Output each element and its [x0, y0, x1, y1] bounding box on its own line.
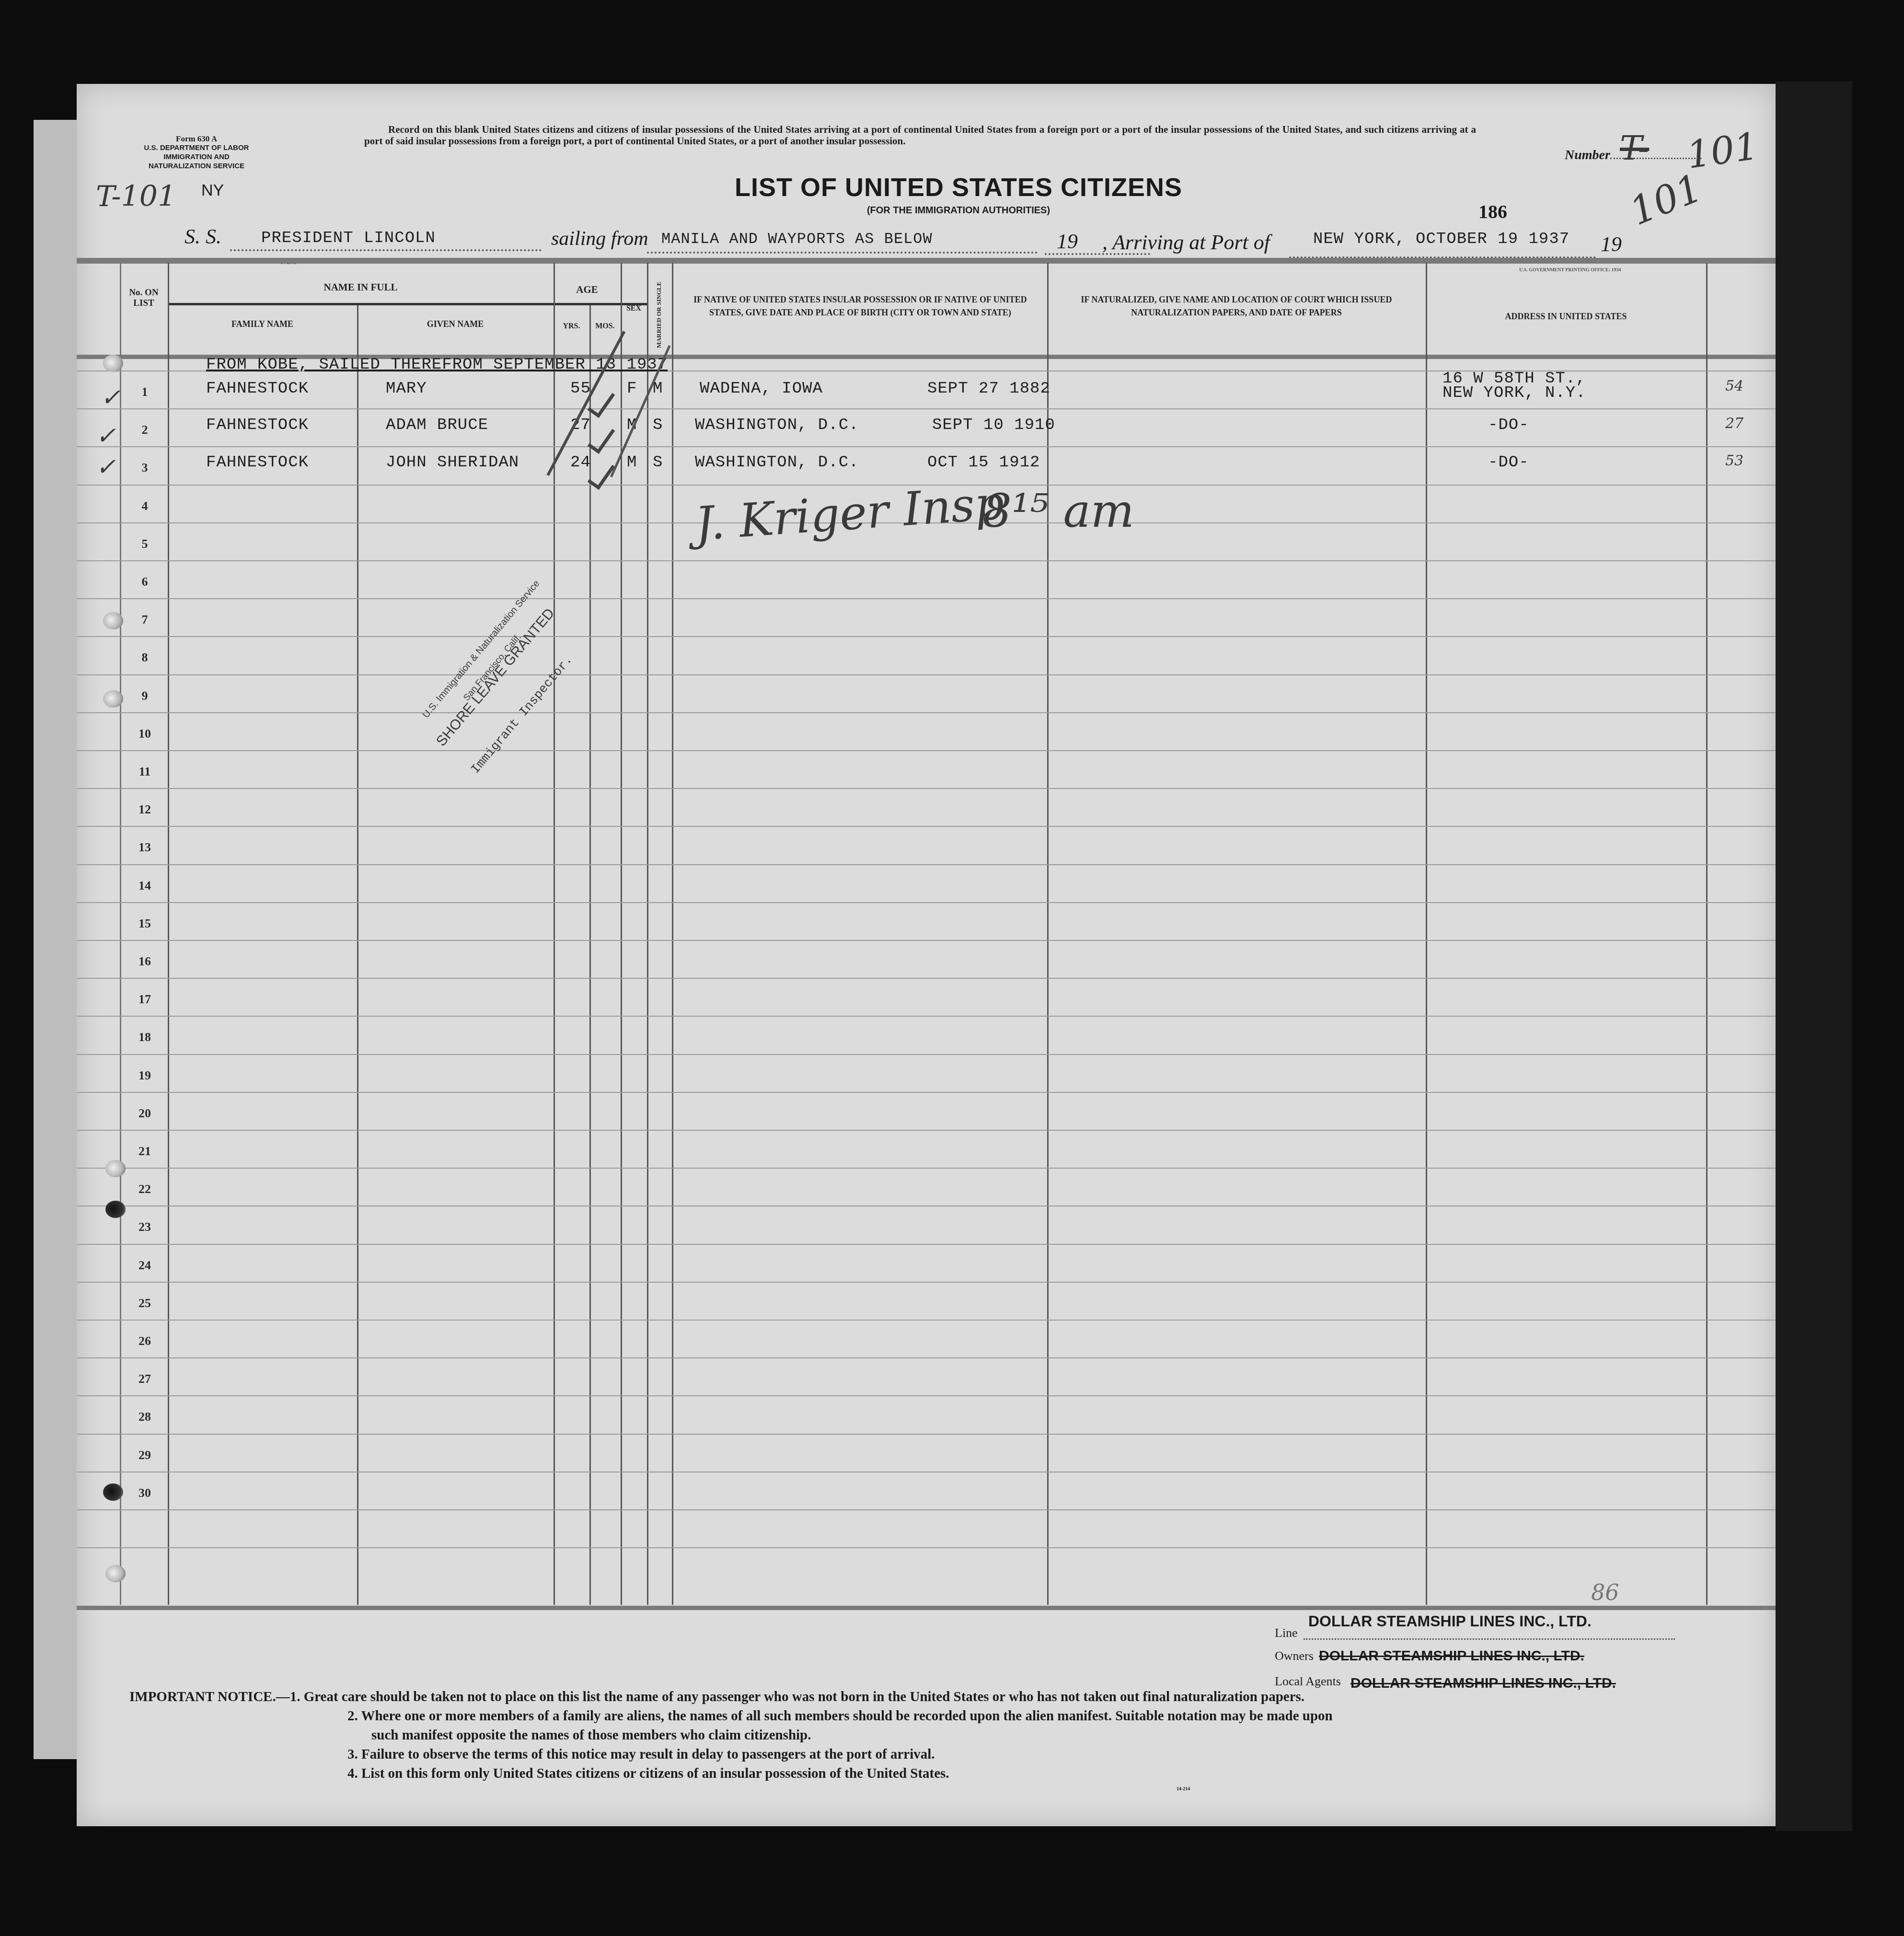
- punch-hole: [105, 1201, 126, 1218]
- notice-heading: IMPORTANT NOTICE.—1.: [129, 1689, 300, 1704]
- row-rule: [77, 1244, 1776, 1245]
- given-name: JOHN SHERIDAN: [386, 453, 519, 472]
- number-struck: T-: [1620, 128, 1649, 168]
- row-number: 16: [126, 954, 164, 969]
- row-number: 10: [126, 727, 164, 741]
- row-rule: [77, 1168, 1776, 1169]
- form-instructions: Record on this blank United States citiz…: [364, 124, 1476, 147]
- row-number: 11: [126, 765, 164, 779]
- row-number: 5: [126, 537, 164, 551]
- port-code: NY: [201, 181, 224, 200]
- margin-note: 54: [1725, 378, 1743, 394]
- row-rule: [77, 1092, 1776, 1093]
- row-number: 23: [126, 1220, 164, 1234]
- header-name-in-full: NAME IN FULL: [168, 280, 554, 294]
- row-number: 28: [126, 1410, 164, 1424]
- row-number: 25: [126, 1296, 164, 1310]
- header-naturalized: IF NATURALIZED, GIVE NAME AND LOCATION O…: [1062, 293, 1411, 319]
- col-rule-family: [357, 305, 358, 1605]
- row-rule: [77, 674, 1776, 675]
- printing-office: U.S. GOVERNMENT PRINTING OFFICE: 1934: [1519, 267, 1621, 273]
- owners-label: Owners: [1275, 1649, 1314, 1663]
- notice-item-3: 3. Failure to observe the terms of this …: [129, 1745, 1711, 1764]
- row-number: 29: [126, 1448, 164, 1462]
- table-row: FAHNESTOCK ADAM BRUCE 27 M S WASHINGTON,…: [0, 415, 1904, 453]
- punch-hole: [105, 1160, 126, 1177]
- birth-place: WASHINGTON, D.C.: [695, 416, 859, 434]
- row-number: 8: [126, 650, 164, 665]
- form-paper: [77, 84, 1776, 1826]
- row-number: 26: [126, 1334, 164, 1348]
- row-rule: [77, 940, 1776, 941]
- sex: M: [627, 453, 637, 472]
- address: -DO-: [1488, 416, 1529, 434]
- header-birth: IF NATIVE OF UNITED STATES INSULAR POSSE…: [681, 293, 1040, 319]
- row-rule: [77, 636, 1776, 637]
- row-number: 9: [126, 689, 164, 703]
- marital-status: S: [653, 416, 663, 434]
- header-mos: MOS.: [589, 320, 621, 333]
- arrival-port-date: NEW YORK, OCTOBER 19 1937: [1203, 230, 1569, 248]
- row-rule: [77, 1282, 1776, 1283]
- ship-name: PRESIDENT LINCOLN: [261, 229, 436, 247]
- owners-value: DOLLAR STEAMSHIP LINES INC., LTD.: [1319, 1648, 1584, 1664]
- table-top-rule: [77, 258, 1776, 264]
- row-number: 30: [126, 1486, 164, 1500]
- birth-date: SEPT 10 1910: [932, 416, 1055, 434]
- handwritten-reference: T-101: [96, 180, 176, 213]
- margin-note: 27: [1725, 415, 1743, 432]
- row-number: 4: [126, 499, 164, 513]
- margin-check-icon: ✓: [96, 422, 116, 450]
- row-number: 27: [126, 1372, 164, 1386]
- form-number: Form 630 A: [115, 134, 278, 143]
- punch-hole: [103, 1484, 123, 1501]
- margin-note: 53: [1725, 452, 1743, 469]
- row-number: 13: [126, 840, 164, 855]
- row-number: 20: [126, 1106, 164, 1121]
- year-prefix-2: 19: [1601, 232, 1622, 256]
- row-rule: [77, 1509, 1776, 1510]
- year-prefix-1: 19: [1057, 229, 1078, 254]
- given-name: MARY: [386, 380, 427, 398]
- row-number: 24: [126, 1258, 164, 1273]
- name-age-subrule: [168, 303, 647, 305]
- punch-hole: [103, 612, 123, 629]
- birth-place: WASHINGTON, D.C.: [695, 453, 859, 472]
- table-row: FAHNESTOCK MARY 55 F M WADENA, IOWA SEPT…: [0, 379, 1904, 417]
- sailing-from-value: MANILA AND WAYPORTS AS BELOW: [661, 230, 933, 248]
- margin-check-icon: ✓: [96, 453, 116, 481]
- agency-line-1: U.S. DEPARTMENT OF LABOR: [115, 143, 278, 152]
- header-given-name: GIVEN NAME: [357, 317, 554, 331]
- notice-item-4: 4. List on this form only United States …: [129, 1764, 1711, 1783]
- row-number: 17: [126, 992, 164, 1007]
- agency-line-3: NATURALIZATION SERVICE: [115, 162, 278, 171]
- printer-code-bottom: 14-214: [1177, 1786, 1190, 1792]
- family-name: FAHNESTOCK: [206, 416, 309, 434]
- important-notice: IMPORTANT NOTICE.—1. Great care should b…: [129, 1687, 1711, 1783]
- row-rule: [77, 826, 1776, 827]
- punch-hole: [103, 355, 123, 372]
- row-number: 6: [126, 575, 164, 589]
- row-rule: [77, 1547, 1776, 1548]
- row-rule: [77, 978, 1776, 979]
- marital-status: S: [653, 453, 663, 472]
- number-label: Number: [1565, 148, 1610, 162]
- birth-date: SEPT 27 1882: [927, 380, 1050, 398]
- list-page-number: 186: [1478, 200, 1507, 223]
- sailing-from-line: [647, 252, 1038, 254]
- inspection-time: 8¹⁵ am: [982, 484, 1134, 538]
- agency-block: Form 630 A U.S. DEPARTMENT OF LABOR IMMI…: [115, 134, 278, 171]
- margin-check-icon: ✓: [101, 383, 121, 411]
- ship-name-line: [230, 249, 542, 251]
- section-note: FROM KOBE, SAILED THEREFROM SEPTEMBER 13…: [206, 356, 668, 374]
- scan-border-right: [1776, 81, 1852, 1831]
- agency-line-2: IMMIGRATION AND: [115, 152, 278, 162]
- line-field-rule: [1304, 1638, 1675, 1640]
- row-number: 18: [126, 1030, 164, 1044]
- birth-date: OCT 15 1912: [927, 453, 1040, 472]
- punch-hole: [105, 1565, 126, 1582]
- row-rule: [77, 1016, 1776, 1017]
- page-title: LIST OF UNITED STATES CITIZENS: [479, 173, 1438, 202]
- notice-item-2b: such manifest opposite the names of thos…: [129, 1726, 1711, 1745]
- notice-item-2a: 2. Where one or more members of a family…: [129, 1706, 1711, 1726]
- row-number: 12: [126, 802, 164, 817]
- row-rule: [77, 788, 1776, 789]
- row-number: 7: [126, 613, 164, 627]
- row-rule: [77, 902, 1776, 903]
- row-rule: [77, 1130, 1776, 1131]
- row-rule: [77, 1357, 1776, 1358]
- header-sex: SEX: [621, 302, 647, 315]
- line-value: DOLLAR STEAMSHIP LINES INC., LTD.: [1308, 1612, 1592, 1630]
- row-rule: [77, 1434, 1776, 1435]
- sex: F: [627, 380, 637, 398]
- given-name: ADAM BRUCE: [386, 416, 488, 434]
- table-bottom-rule: [77, 1606, 1776, 1610]
- ss-label: S. S.: [185, 224, 221, 249]
- row-number: 15: [126, 916, 164, 931]
- row-rule: [77, 864, 1776, 865]
- row-rule: [77, 750, 1776, 751]
- header-married-or-single: MARRIED OR SINGLE: [656, 269, 662, 360]
- header-age: AGE: [554, 283, 621, 296]
- row-number: 14: [126, 879, 164, 893]
- agents-label: Local Agents: [1275, 1674, 1341, 1689]
- row-rule: [77, 1054, 1776, 1055]
- row-rule: [77, 1472, 1776, 1472]
- punch-hole: [103, 690, 123, 707]
- address-line-2: NEW YORK, N.Y.: [1442, 386, 1586, 400]
- page-stamp-number: 86: [1591, 1579, 1619, 1605]
- age-yrs: 24: [570, 453, 591, 472]
- header-yrs: YRS.: [554, 320, 589, 333]
- age-yrs: 55: [570, 380, 591, 398]
- header-family-name: FAMILY NAME: [168, 317, 357, 331]
- sailing-from-label: sailing from: [551, 227, 648, 250]
- row-number: 19: [126, 1068, 164, 1083]
- row-rule: [77, 560, 1776, 561]
- header-no-on-list: No. ON LIST: [120, 288, 168, 309]
- row-rule: [77, 598, 1776, 599]
- row-number: 22: [126, 1182, 164, 1196]
- line-label: Line: [1275, 1626, 1298, 1640]
- row-rule: [77, 1320, 1776, 1321]
- col-rule-yrs: [589, 305, 591, 1605]
- row-rule: [77, 712, 1776, 713]
- birth-place: WADENA, IOWA: [700, 380, 823, 398]
- row-number: 21: [126, 1144, 164, 1159]
- family-name: FAHNESTOCK: [206, 453, 309, 472]
- notice-item-1: Great care should be taken not to place …: [304, 1689, 1304, 1704]
- row-rule: [77, 1206, 1776, 1206]
- page-subtitle: (FOR THE IMMIGRATION AUTHORITIES): [479, 205, 1438, 216]
- family-name: FAHNESTOCK: [206, 380, 309, 398]
- line-owners-block: Line DOLLAR STEAMSHIP LINES INC., LTD. O…: [1275, 1611, 1754, 1697]
- address: 16 W 58TH ST., NEW YORK, N.Y.: [1442, 371, 1586, 400]
- header-address: ADDRESS IN UNITED STATES: [1426, 310, 1706, 323]
- row-rule: [77, 1395, 1776, 1396]
- address: -DO-: [1488, 453, 1529, 472]
